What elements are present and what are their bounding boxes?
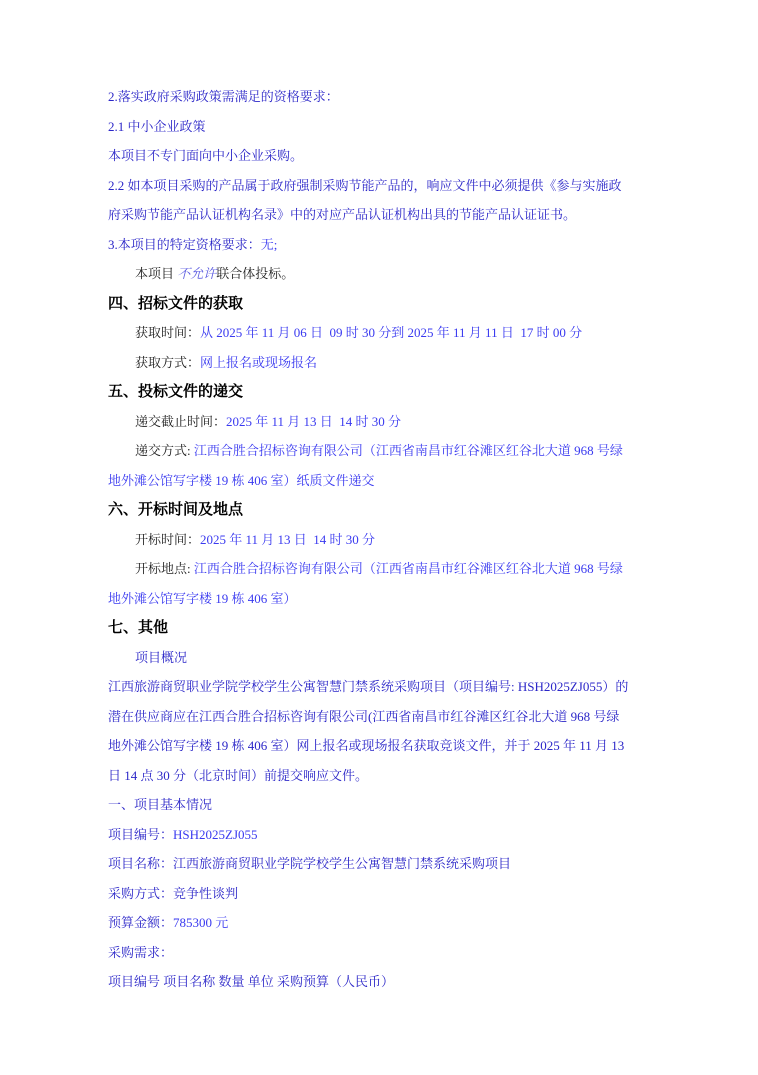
submission-deadline-line: 递交截止时间：2025 年 11 月 13 日 14 时 30 分 [108,407,708,437]
bid-opening-place-line1: 开标地点: 江西合胜合招标咨询有限公司（江西省南昌市红谷滩区红谷北大道 968 … [108,554,708,584]
field-label: 开标时间： [135,532,200,547]
project-overview-label: 项目概况 [108,643,708,673]
sme-policy-statement: 本项目不专门面向中小企业采购。 [108,141,708,171]
field-label: 递交方式: [135,443,194,458]
overview-paragraph-line1: 江西旅游商贸职业学院学校学生公寓智慧门禁系统采购项目（项目编号: HSH2025… [108,672,708,702]
heading-text: 四、招标文件的获取 [108,296,243,312]
field-value: 江西合胜合招标咨询有限公司（江西省南昌市红谷滩区红谷北大道 968 号绿 [194,443,623,458]
overview-paragraph-line4: 日 14 点 30 分（北京时间）前提交响应文件。 [108,761,708,791]
obtain-method-line: 获取方式：网上报名或现场报名 [108,348,708,378]
energy-saving-clause-line2: 府采购节能产品认证机构名录》中的对应产品认证机构出具的节能产品认证证书。 [108,200,708,230]
project-number-line: 项目编号：HSH2025ZJ055 [108,820,708,850]
text-segment: 潜在供应商应在江西合胜合招标咨询有限公司(江西省南昌市红谷滩区红谷北大道 968… [108,709,619,724]
field-value: 2025 年 11 月 13 日 14 时 30 分 [200,532,375,547]
text-segment: 采购方式：竞争性谈判 [108,886,238,901]
procurement-demand-label: 采购需求： [108,938,708,968]
field-value: 2025 年 11 月 13 日 14 时 30 分 [226,414,401,429]
text-segment: 项目编号 项目名称 数量 单位 采购预算（人民币） [108,974,394,989]
submission-method-line1: 递交方式: 江西合胜合招标咨询有限公司（江西省南昌市红谷滩区红谷北大道 968 … [108,436,708,466]
text-segment: 日 14 点 30 分（北京时间）前提交响应文件。 [108,768,368,783]
qualification-policy-heading: 2.落实政府采购政策需满足的资格要求： [108,82,708,112]
bid-opening-place-line2: 地外滩公馆写字楼 19 栋 406 室） [108,584,708,614]
section7-heading: 七、其他 [108,613,708,643]
field-label: 开标地点: [135,561,194,576]
text-segment: 项目名称：江西旅游商贸职业学院学校学生公寓智慧门禁系统采购项目 [108,856,511,871]
field-label: 预算金额： [108,915,173,930]
field-value: 地外滩公馆写字楼 19 栋 406 室）纸质文件递交 [108,473,375,488]
text-segment: 本项目 [135,266,177,281]
overview-paragraph-line2: 潜在供应商应在江西合胜合招标咨询有限公司(江西省南昌市红谷滩区红谷北大道 968… [108,702,708,732]
heading-text: 六、开标时间及地点 [108,502,243,518]
budget-line: 预算金额：785300 元 [108,908,708,938]
consortium-bidding-line: 本项目 不允许联合体投标。 [108,259,708,289]
document-page: 2.落实政府采购政策需满足的资格要求： 2.1 中小企业政策 本项目不专门面向中… [0,0,758,1075]
field-value: 无; [261,237,278,252]
field-label: 获取时间： [135,325,200,340]
heading-text: 七、其他 [108,620,168,636]
field-value: HSH2025ZJ055 [173,827,258,842]
text-segment: 江西旅游商贸职业学院学校学生公寓智慧门禁系统采购项目（项目编号: HSH2025… [108,679,628,694]
text-segment: 本项目不专门面向中小企业采购。 [108,148,303,163]
field-value: 地外滩公馆写字楼 19 栋 406 室） [108,591,297,606]
basic-info-heading: 一、项目基本情况 [108,790,708,820]
text-segment: 府采购节能产品认证机构名录》中的对应产品认证机构出具的节能产品认证证书。 [108,207,576,222]
obtain-time-line: 获取时间：从 2025 年 11 月 06 日 09 时 30 分到 2025 … [108,318,708,348]
submission-method-line2: 地外滩公馆写字楼 19 栋 406 室）纸质文件递交 [108,466,708,496]
document-content: 2.落实政府采购政策需满足的资格要求： 2.1 中小企业政策 本项目不专门面向中… [108,82,708,997]
field-label: 递交截止时间： [135,414,226,429]
demand-table-header-line: 项目编号 项目名称 数量 单位 采购预算（人民币） [108,967,708,997]
text-segment: 项目概况 [135,650,187,665]
text-segment: 采购需求： [108,945,173,960]
text-segment: 联合体投标。 [216,266,294,281]
text-segment: 2.1 中小企业政策 [108,119,206,134]
overview-paragraph-line3: 地外滩公馆写字楼 19 栋 406 室）网上报名或现场报名获取竞谈文件，并于 2… [108,731,708,761]
not-allowed-emphasis: 不允许 [177,266,216,281]
text-segment: 2.落实政府采购政策需满足的资格要求： [108,89,339,104]
sme-policy-number: 2.1 中小企业政策 [108,112,708,142]
bid-opening-time-line: 开标时间：2025 年 11 月 13 日 14 时 30 分 [108,525,708,555]
field-label: 项目编号： [108,827,173,842]
field-value: 网上报名或现场报名 [200,355,317,370]
energy-saving-clause-line1: 2.2 如本项目采购的产品属于政府强制采购节能产品的，响应文件中必须提供《参与实… [108,171,708,201]
field-value: 785300 元 [173,915,228,930]
section5-heading: 五、投标文件的递交 [108,377,708,407]
field-label: 获取方式： [135,355,200,370]
section4-heading: 四、招标文件的获取 [108,289,708,319]
text-segment: 地外滩公馆写字楼 19 栋 406 室）网上报名或现场报名获取竞谈文件，并于 2… [108,738,624,753]
field-label: 3.本项目的特定资格要求： [108,237,261,252]
section6-heading: 六、开标时间及地点 [108,495,708,525]
text-segment: 2.2 如本项目采购的产品属于政府强制采购节能产品的，响应文件中必须提供《参与实… [108,178,622,193]
specific-qualification-line: 3.本项目的特定资格要求：无; [108,230,708,260]
project-name-line: 项目名称：江西旅游商贸职业学院学校学生公寓智慧门禁系统采购项目 [108,849,708,879]
heading-text: 五、投标文件的递交 [108,384,243,400]
field-value: 江西合胜合招标咨询有限公司（江西省南昌市红谷滩区红谷北大道 968 号绿 [194,561,623,576]
text-segment: 一、项目基本情况 [108,797,212,812]
field-value: 从 2025 年 11 月 06 日 09 时 30 分到 2025 年 11 … [200,325,582,340]
procurement-method-line: 采购方式：竞争性谈判 [108,879,708,909]
